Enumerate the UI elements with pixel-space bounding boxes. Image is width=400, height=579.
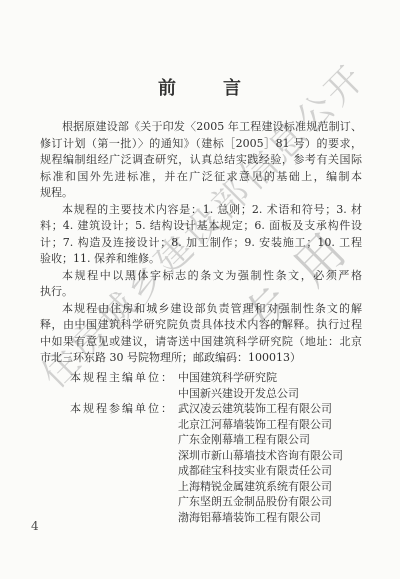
unit-row: 上海精锐金属建筑系统有限公司 xyxy=(70,479,343,495)
unit-label xyxy=(70,494,178,510)
unit-label xyxy=(70,479,178,495)
unit-row: 渤海铝幕墙装饰工程有限公司 xyxy=(70,510,343,526)
unit-row: 本规程主编单位：中国建筑科学研究院 xyxy=(70,370,343,386)
document-page: 住房城乡建设部信息公开 专用 前 言 根据原建设部《关于印发〈2005 年工程建… xyxy=(0,0,400,579)
unit-value: 中国建筑科学研究院 xyxy=(178,370,277,386)
body-line: 验收；11. 保养和维修。 xyxy=(40,251,362,268)
body-line: 执行。 xyxy=(40,284,362,301)
body-line: 标准和国外先进标准，并在广泛征求意见的基础上，编制本 xyxy=(40,169,362,186)
unit-row: 本规程参编单位：武汉凌云建筑装饰工程有限公司 xyxy=(70,401,343,417)
unit-label: 本规程主编单位： xyxy=(70,370,178,386)
unit-value: 渤海铝幕墙装饰工程有限公司 xyxy=(178,510,321,526)
page-number: 4 xyxy=(31,519,39,533)
unit-row: 深圳市新山幕墙技术咨询有限公司 xyxy=(70,448,343,464)
unit-row: 成都硅宝科技实业有限责任公司 xyxy=(70,463,343,479)
body-line: 释，由中国建筑科学研究院负责具体技术内容的解释。执行过程 xyxy=(40,317,362,334)
page-title-char-2: 言 xyxy=(223,80,242,98)
body-line: 本规程的主要技术内容是：1. 总则；2. 术语和符号；3. 材 xyxy=(40,202,362,219)
unit-value: 广东金刚幕墙工程有限公司 xyxy=(178,432,310,448)
unit-value: 北京江河幕墙装饰工程有限公司 xyxy=(178,417,332,433)
unit-value: 广东坚朗五金制品股份有限公司 xyxy=(178,494,332,510)
credits-section: 本规程主编单位：中国建筑科学研究院中国新兴建设开发总公司本规程参编单位：武汉凌云… xyxy=(70,370,343,525)
unit-label xyxy=(70,510,178,526)
unit-label xyxy=(70,448,178,464)
body-line: 规程。 xyxy=(40,185,362,202)
body-line: 本规程由住房和城乡建设部负责管理和对强制性条文的解 xyxy=(40,301,362,318)
body-line: 规程编制组经广泛调查研究，认真总结实践经验，参考有关国际 xyxy=(40,152,362,169)
unit-row: 中国新兴建设开发总公司 xyxy=(70,386,343,402)
unit-row: 北京江河幕墙装饰工程有限公司 xyxy=(70,417,343,433)
body-line: 本规程中以黑体字标志的条文为强制性条文，必须严格 xyxy=(40,268,362,285)
unit-label xyxy=(70,432,178,448)
unit-label: 本规程参编单位： xyxy=(70,401,178,417)
unit-row: 广东坚朗五金制品股份有限公司 xyxy=(70,494,343,510)
unit-label xyxy=(70,386,178,402)
body-line: 中如果有意见或建议，请寄送中国建筑科学研究院（地址：北京 xyxy=(40,334,362,351)
unit-label xyxy=(70,417,178,433)
page-title-char-1: 前 xyxy=(158,80,177,98)
body-line: 计；7. 构造及连接设计；8. 加工制作；9. 安装施工；10. 工程 xyxy=(40,235,362,252)
unit-value: 上海精锐金属建筑系统有限公司 xyxy=(178,479,332,495)
unit-value: 成都硅宝科技实业有限责任公司 xyxy=(178,463,332,479)
body-line: 修订计划（第一批）〉的通知》（建标［2005］81 号）的要求， xyxy=(40,136,362,153)
unit-value: 深圳市新山幕墙技术咨询有限公司 xyxy=(178,448,343,464)
unit-value: 中国新兴建设开发总公司 xyxy=(178,386,299,402)
page-title: 前 言 xyxy=(0,80,400,98)
body-line: 根据原建设部《关于印发〈2005 年工程建设标准规范制订、 xyxy=(40,119,362,136)
unit-row: 广东金刚幕墙工程有限公司 xyxy=(70,432,343,448)
unit-label xyxy=(70,463,178,479)
preface-body: 根据原建设部《关于印发〈2005 年工程建设标准规范制订、修订计划（第一批）〉的… xyxy=(40,119,362,367)
body-line: 料；4. 建筑设计；5. 结构设计基本规定；6. 面板及支承构件设 xyxy=(40,218,362,235)
body-line: 市北三环东路 30 号院物理所；邮政编码：100013） xyxy=(40,350,362,367)
unit-value: 武汉凌云建筑装饰工程有限公司 xyxy=(178,401,332,417)
